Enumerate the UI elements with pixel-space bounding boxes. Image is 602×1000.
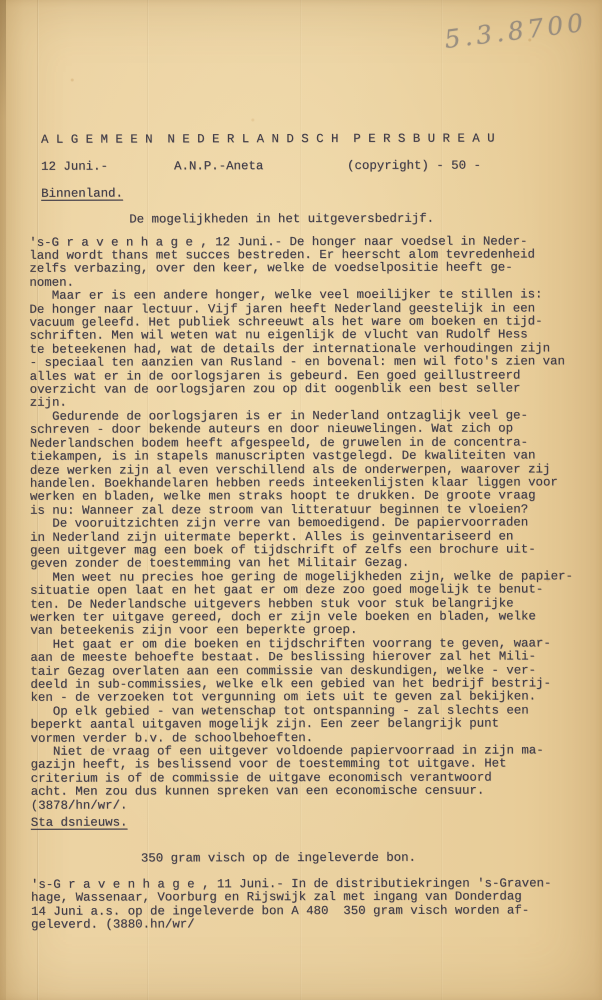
paragraph: Het gaat er om die boeken en tijdschrift… xyxy=(30,637,596,706)
paragraph: Men weet nu precies hoe gering de mogeli… xyxy=(30,570,596,639)
article-heading-fish: 350 gram visch op de ingeleverde bon. xyxy=(141,852,597,867)
dateline-row: 12 Juni.- A.N.P.-Aneta (copyright) - 50 … xyxy=(29,160,595,175)
section-label-stadsnieuws: Sta dsnieuws. xyxy=(31,817,128,831)
paragraph: Gedurende de oorlogsjaren is er in Neder… xyxy=(30,409,596,518)
paragraph: Niet de vraag of een uitgever voldoende … xyxy=(31,744,597,813)
handwritten-pencil-note: 5.3.8700 xyxy=(443,7,595,54)
typewritten-content: A L G E M E E N N E D E R L A N D S C H … xyxy=(29,129,597,932)
dateline-credit: A.N.P.-Aneta xyxy=(174,161,263,175)
article-heading-publishing: De mogelijkheden in het uitgeversbedrijf… xyxy=(129,212,595,227)
paragraph: 's-G r a v e n h a g e , 12 Juni.- De ho… xyxy=(29,235,595,290)
article-body-fish: 's-G r a v e n h a g e , 11 Juni.- In de… xyxy=(31,877,597,932)
paragraph: Op elk gebied - van wetenschap tot ontsp… xyxy=(30,704,596,746)
agency-title: A L G E M E E N N E D E R L A N D S C H … xyxy=(29,132,595,147)
scanned-document-page: 5.3.8700 A L G E M E E N N E D E R L A N… xyxy=(0,0,602,1000)
section-label-binnenland: Binnenland. xyxy=(29,186,595,201)
paragraph: Maar er is een andere honger, welke veel… xyxy=(29,288,595,410)
paragraph: De vooruitzichten zijn verre van bemoedi… xyxy=(30,516,596,571)
article-body-publishing: 's-G r a v e n h a g e , 12 Juni.- De ho… xyxy=(29,235,597,813)
dateline-date: 12 Juni.- xyxy=(41,161,108,175)
page-left-edge-shadow xyxy=(0,0,6,1000)
paragraph: 's-G r a v e n h a g e , 11 Juni.- In de… xyxy=(31,877,597,932)
dateline-copyright: (copyright) - 50 - xyxy=(347,160,481,174)
